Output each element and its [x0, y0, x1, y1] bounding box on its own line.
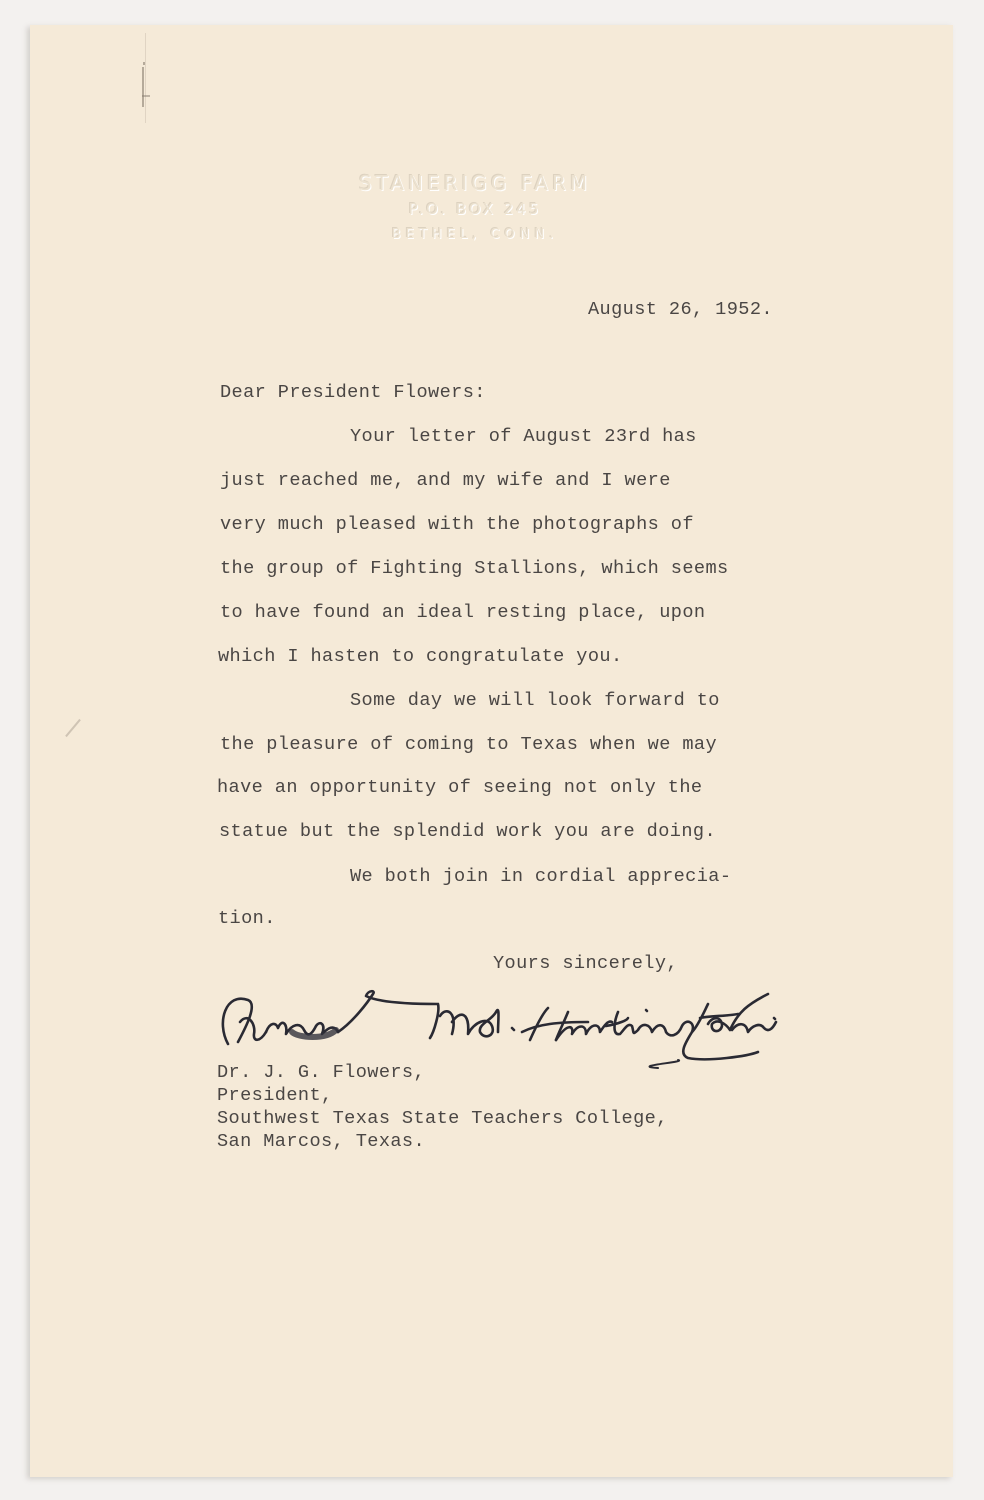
- tick-mark: [142, 95, 150, 97]
- body-line: very much pleased with the photographs o…: [220, 514, 694, 535]
- staple-mark: [142, 67, 144, 107]
- letterhead-town: BETHEL, CONN.: [340, 222, 610, 248]
- body-line: We both join in cordial apprecia-: [350, 866, 731, 887]
- recipient-name: Dr. J. G. Flowers,: [217, 1062, 425, 1083]
- recipient-institution: Southwest Texas State Teachers College,: [217, 1108, 668, 1129]
- handwritten-signature: [208, 982, 878, 1072]
- smudge-mark: [65, 719, 81, 737]
- body-line: tion.: [218, 908, 276, 929]
- body-line: to have found an ideal resting place, up…: [220, 602, 705, 623]
- letterhead-farm-name: STANERIGG FARM: [340, 170, 610, 196]
- embossed-letterhead: STANERIGG FARM P.O. BOX 245 BETHEL, CONN…: [340, 170, 610, 248]
- body-line: Your letter of August 23rd has: [350, 426, 697, 447]
- body-line: which I hasten to congratulate you.: [218, 646, 623, 667]
- body-line: the pleasure of coming to Texas when we …: [220, 734, 717, 755]
- body-line: have an opportunity of seeing not only t…: [217, 777, 702, 798]
- salutation: Dear President Flowers:: [220, 382, 486, 403]
- body-line: the group of Fighting Stallions, which s…: [220, 558, 729, 579]
- letterhead-po-box: P.O. BOX 245: [340, 196, 610, 222]
- body-line: just reached me, and my wife and I were: [220, 470, 671, 491]
- tick-mark: [145, 33, 146, 123]
- body-line: Some day we will look forward to: [350, 690, 720, 711]
- body-line: statue but the splendid work you are doi…: [219, 821, 716, 842]
- recipient-city: San Marcos, Texas.: [217, 1131, 425, 1152]
- recipient-title: President,: [217, 1085, 333, 1106]
- closing: Yours sincerely,: [493, 953, 678, 974]
- letter-date: August 26, 1952.: [588, 299, 773, 320]
